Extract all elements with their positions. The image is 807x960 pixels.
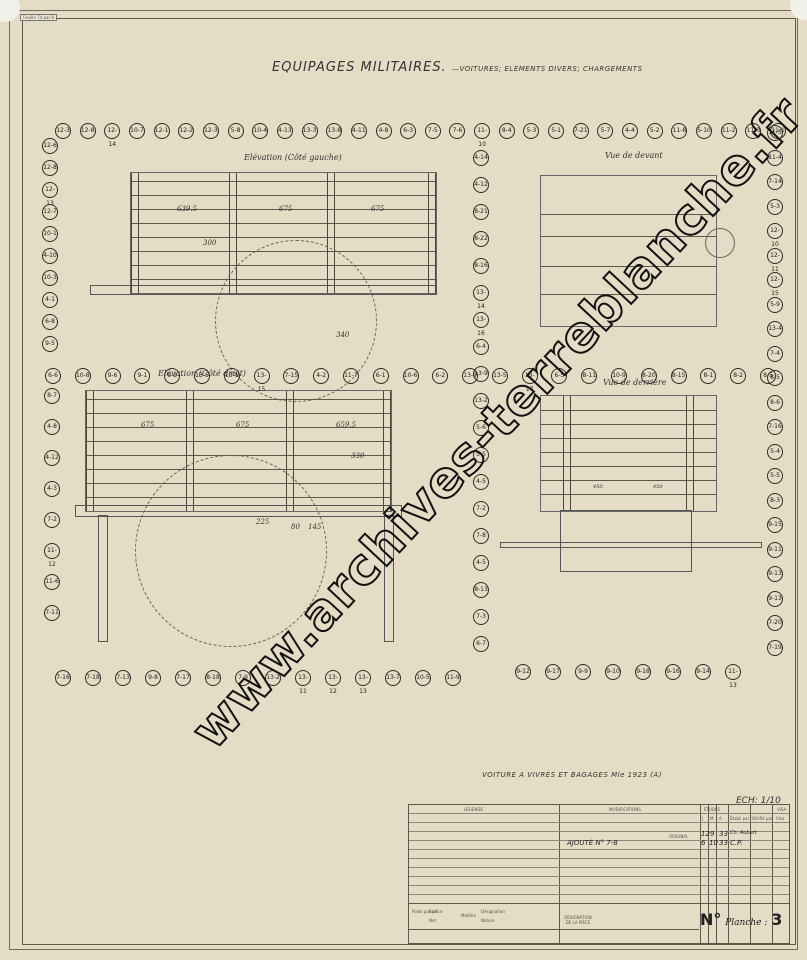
drawing-sheet: Feuille 74 par 8 EQUIPAGES MILITAIRES. —… [0,0,807,960]
callout-bubble: 7-18 [85,670,101,686]
callout-bubble: 6-7 [473,636,489,652]
callout-bubble: 12-13 [42,182,58,198]
modifications-header: MODIFICATIONS [609,807,641,812]
callout-bubble: 13-15 [254,368,270,384]
visa-header: VISA [777,807,786,812]
title-sub: —VOITURES; ELEMENTS DIVERS; CHARGEMENTS [452,65,643,73]
nature-label: Nature [481,918,495,923]
study-1-by: Ch. Aubert [730,830,757,836]
callout-bubble: 12-8 [80,123,96,139]
callout-bubble: 6-1 [373,368,389,384]
col-m: M [710,816,713,821]
planche-value: 3 [771,910,782,929]
right-side-prop-left [98,515,108,642]
callout-bubble: 4-13 [277,123,293,139]
callout-bubble: 5-3 [767,199,783,215]
callout-bubble: 12-1 [154,123,170,139]
callout-bubble: 11-10 [474,123,490,139]
callout-bubble: 7-11 [44,605,60,621]
dim-left-1: 639.5 [177,205,197,213]
col-a: A [719,816,722,821]
callout-bubble: 8-6 [767,395,783,411]
callout-bubble: 4-12 [473,177,489,193]
title-main: EQUIPAGES MILITAIRES. [272,60,447,75]
callout-bubble: 7-19 [767,640,783,656]
callout-bubble: 8-3 [767,493,783,509]
dim-right-3: 659.5 [336,421,356,429]
dim-left-3: 675 [371,205,384,213]
col-verifie: Vérifié par [752,816,773,821]
callout-bubble: 11-12 [44,543,60,559]
sheet-tag: Feuille 74 par 8 [20,14,57,21]
callout-bubble: 4-12 [44,450,60,466]
callout-bubble: 7-13 [115,670,131,686]
dim-left-2: 675 [279,205,292,213]
study-1-month: 9 [710,830,714,838]
studies-header: ÉTUDES [704,807,720,812]
callout-bubble: 4-10 [42,248,58,264]
piece-designation-label: DÉSIGNATION DE LA PIÈCE [564,915,592,925]
callout-bubble: 7-16 [767,419,783,435]
callout-bubble: 8-21 [473,204,489,220]
rear-body-lower [560,510,692,572]
study-2-year: 33 [719,839,728,847]
callout-bubble: 13-4 [767,321,783,337]
callout-bubble: 10-7 [129,123,145,139]
callout-bubble: 6-4 [473,339,489,355]
planche-prefix: N° [700,910,721,929]
modification-1: AJOUTÉ N° 7-8 [567,839,618,847]
callout-bubble: 8-4 [499,123,515,139]
right-side-frame [75,505,402,517]
callout-bubble: 7-17 [175,670,191,686]
callout-bubble: 12-3 [55,123,71,139]
col-visa: Visa [776,816,784,821]
callout-bubble: 12-11 [767,248,783,264]
dim-right-2: 675 [236,421,249,429]
callout-bubble: 12-8 [42,160,58,176]
callout-bubble: 7-21 [573,123,589,139]
callout-bubble: 9-6 [105,368,121,384]
callout-bubble: 7-5 [425,123,441,139]
designation-label: Désignation [481,909,505,914]
study-2-day: 6 [701,839,705,847]
callout-bubble: 5-5 [767,468,783,484]
callout-bubble: 9-13 [767,591,783,607]
callout-bubble: 7-14 [767,174,783,190]
callout-bubble: 9-10 [605,664,621,680]
callout-bubble: 4-11 [351,123,367,139]
callout-bubble: 4-8 [376,123,392,139]
view-label-left-side: Elévation (Côté gauche) [244,153,342,162]
callout-bubble: 5-1 [548,123,564,139]
callout-bubble: 7-20 [767,615,783,631]
callout-bubble: 13-13 [355,670,371,686]
callout-bubble: 10-9 [611,368,627,384]
callout-bubble: 9-11 [767,542,783,558]
callout-bubble: 10-8 [75,368,91,384]
callout-bubble: 5-9 [767,297,783,313]
callout-bubble: 12-15 [767,272,783,288]
callout-bubble: 8-16 [473,258,489,274]
callout-bubble: 4-2 [313,368,329,384]
legend-header: LÉGENDE [464,807,483,812]
callout-bubble: 9-18 [635,664,651,680]
callout-bubble: 12-6 [42,138,58,154]
callout-bubble: 4-1 [42,292,58,308]
original-label: ORIGINAL [669,834,688,839]
drawing-caption: VOITURE A VIVRES ET BAGAGES Mle 1923 (A) [482,771,662,779]
dim-right-4: 330 [351,452,364,460]
sheet-title: EQUIPAGES MILITAIRES. —VOITURES; ELEMENT… [272,60,643,75]
callout-bubble: 12-7 [42,204,58,220]
callout-bubble: 13-7 [385,670,401,686]
callout-bubble: 9-9 [575,664,591,680]
callout-bubble: 5-2 [647,123,663,139]
callout-bubble: 5-10 [696,123,712,139]
callout-bubble: 8-7 [44,388,60,404]
callout-bubble: 8-5 [767,370,783,386]
callout-bubble: 13-3 [302,123,318,139]
callout-bubble: 6-6 [45,368,61,384]
callout-bubble: 9-17 [545,664,561,680]
dim-rear-1: 450 [593,484,603,490]
net-label: Net [429,918,436,923]
study-2-month: 10 [709,839,718,847]
rear-axle [500,542,762,548]
callout-bubble: 7-8 [473,528,489,544]
callout-bubble: 11-13 [725,664,741,680]
brut-label: Brut [429,909,438,914]
callout-bubble: 9-13 [767,566,783,582]
callout-bubble: 8-20 [641,368,657,384]
callout-bubble: 9-16 [665,664,681,680]
callout-bubble: 8-22 [473,231,489,247]
callout-bubble: 10-1 [42,226,58,242]
planche-number: N° Planche : 3 [700,910,782,929]
callout-bubble: 13-5 [194,368,210,384]
dim-left-4: 300 [203,239,216,247]
callout-bubble: 7-2 [44,512,60,528]
callout-bubble: 8-15 [671,368,687,384]
planche-label: Planche : [725,918,767,928]
callout-bubble: 7-2 [473,501,489,517]
callout-bubble: 9-8 [145,670,161,686]
study-1-day: 12 [701,830,710,838]
callout-bubble: 11-6 [44,574,60,590]
callout-bubble: 4-3 [44,481,60,497]
callout-bubble: 6-8 [42,314,58,330]
callout-bubble: 4-5 [473,555,489,571]
callout-bubble: 13-12 [325,670,341,686]
callout-bubble: 4-4 [622,123,638,139]
callout-bubble: 13-1 [224,368,240,384]
callout-bubble: 13-16 [473,312,489,328]
callout-bubble: 10-6 [403,368,419,384]
callout-bubble: 12-10 [767,223,783,239]
callout-bubble: 9-5 [42,336,58,352]
callout-bubble: 12-3 [203,123,219,139]
callout-bubble: 7-16 [55,670,71,686]
callout-bubble: 4-14 [473,150,489,166]
view-label-front: Vue de devant [605,151,663,160]
rear-view: 450 450 [540,395,717,512]
callout-bubble: 13-14 [473,285,489,301]
callout-bubble: 11-9 [445,670,461,686]
left-side-frame [90,285,437,295]
callout-bubble: 9-15 [767,517,783,533]
study-2-by: C.P. [730,839,743,847]
dim-right-1: 675 [141,421,154,429]
callout-bubble: 9-14 [695,664,711,680]
callout-bubble: 7-4 [767,346,783,362]
callout-bubble: 10-3 [42,270,58,286]
callout-bubble: 5-8 [228,123,244,139]
callout-bubble: 9-12 [515,664,531,680]
callout-bubble: 11-7 [343,368,359,384]
matiere-label: Matière [461,913,476,918]
callout-bubble: 4-8 [44,419,60,435]
callout-bubble: 13-9 [473,366,489,382]
callout-bubble: 10-5 [415,670,431,686]
dim-rear-2: 450 [653,484,663,490]
callout-bubble: 8-13 [473,582,489,598]
callout-bubble: 7-3 [473,609,489,625]
col-etabli: Établi par [730,816,749,821]
study-1-year: 33 [719,830,728,838]
col-j: J [702,816,703,821]
callout-bubble: 5-4 [767,444,783,460]
